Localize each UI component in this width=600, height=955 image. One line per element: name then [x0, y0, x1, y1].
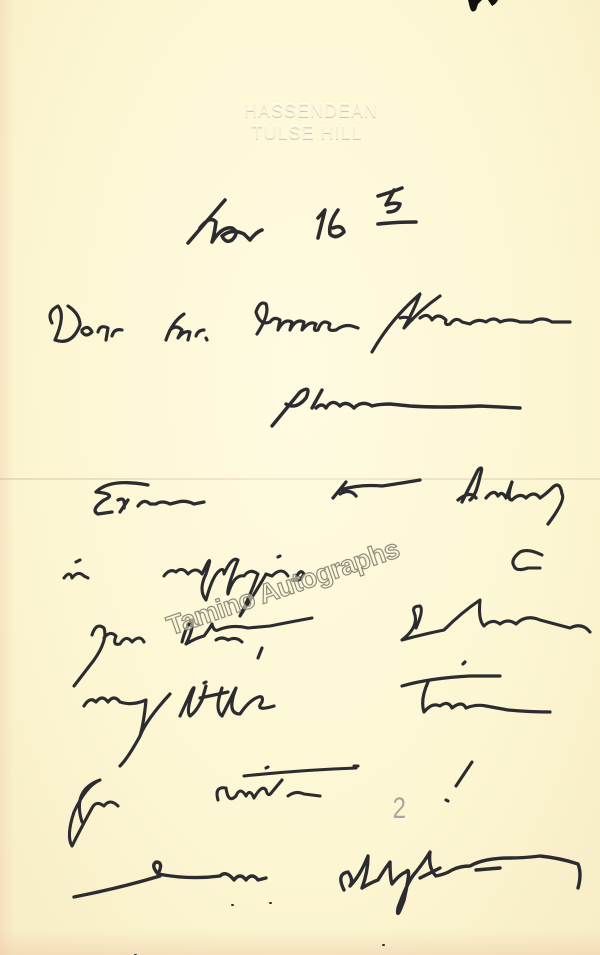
- ink-specks: [135, 903, 384, 955]
- handwritten-line-6: [69, 762, 472, 846]
- handwritten-line-1: [272, 389, 520, 426]
- handwriting-ink: [0, 0, 600, 955]
- page-number: 2: [393, 792, 406, 826]
- handwritten-salutation: [50, 294, 570, 352]
- handwritten-line-5: [84, 662, 550, 766]
- handwritten-date: [188, 188, 416, 243]
- handwritten-line-2: [95, 468, 563, 524]
- handwritten-line-4: [74, 600, 590, 686]
- letter-page: HASSENDEAN TULSE HILL Nov 16th Dear Mr. …: [0, 0, 600, 955]
- handwritten-line-7: [74, 852, 580, 913]
